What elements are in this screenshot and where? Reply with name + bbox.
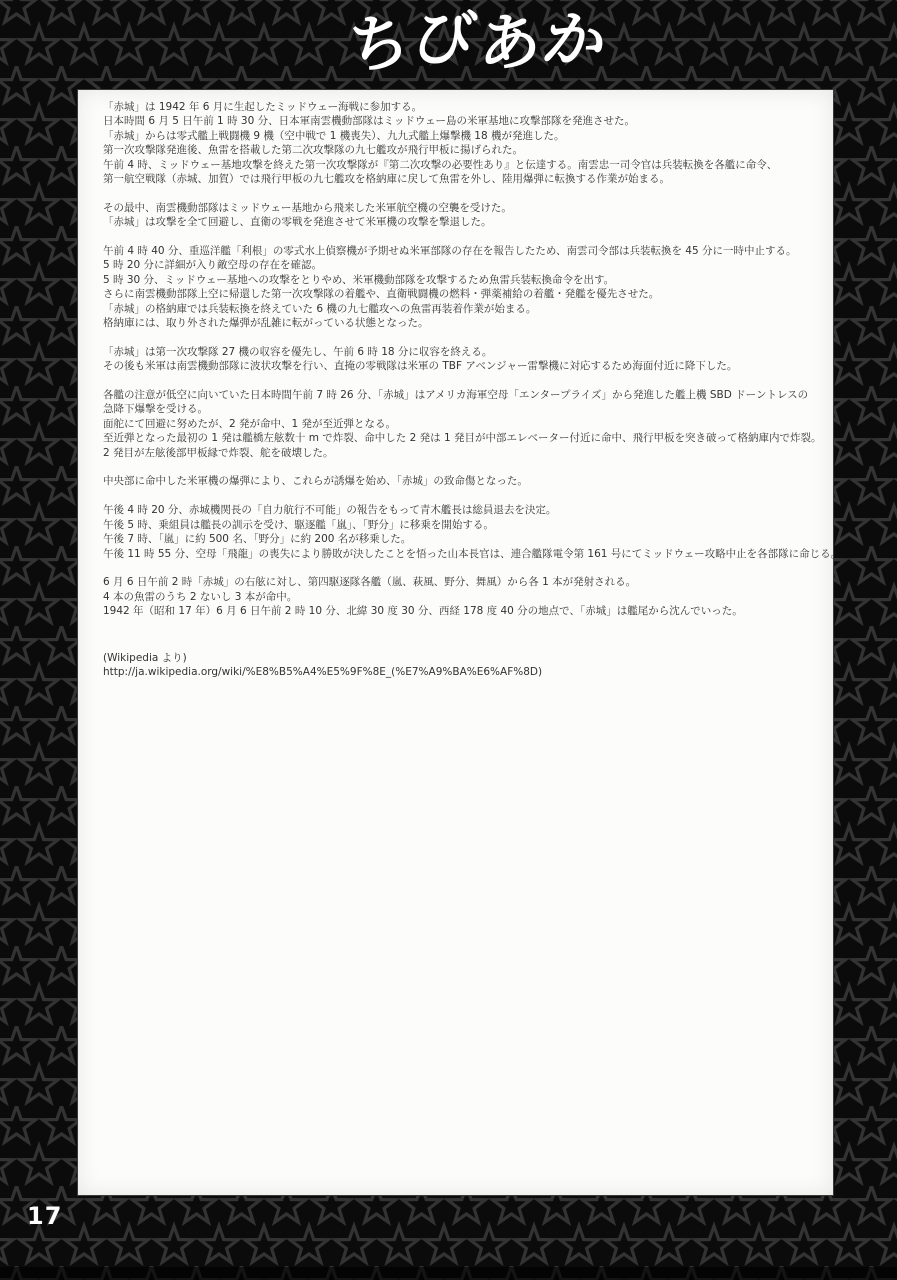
paragraph: その最中、南雲機動部隊はミッドウェー基地から飛来した米軍航空機の空襲を受けた。「… (103, 201, 827, 230)
text-line: 至近弾となった最初の 1 発は艦橋左舷数十 m で炸裂、命中した 2 発は 1 … (103, 431, 827, 445)
attribution-source: (Wikipedia より) (103, 651, 827, 665)
text-line: 午後 5 時、乗組員は艦長の訓示を受け、駆逐艦「嵐」、「野分」に移乗を開始する。 (103, 518, 827, 532)
text-line: 午後 4 時 20 分、赤城機関長の「自力航行不可能」の報告をもって青木艦長は総… (103, 503, 827, 517)
text-line: 2 発目が左舷後部甲板縁で炸裂、舵を破壊した。 (103, 446, 827, 460)
text-line: 5 時 20 分に詳細が入り敵空母の存在を確認。 (103, 258, 827, 272)
doujin-scan-page: { "title": "ちびあか", "page_number": "17", … (0, 0, 897, 1280)
title-char: び (407, 0, 485, 82)
page-number: 17 (27, 1202, 62, 1230)
paragraph: 午後 4 時 20 分、赤城機関長の「自力航行不可能」の報告をもって青木艦長は総… (103, 503, 827, 561)
title-char: ち (349, 0, 414, 90)
text-line: 午後 7 時、「嵐」に約 500 名、「野分」に約 200 名が移乗した。 (103, 532, 827, 546)
text-line: 各艦の注意が低空に向いていた日本時間午前 7 時 26 分、「赤城」はアメリカ海… (103, 388, 827, 402)
text-line: 午前 4 時、ミッドウェー基地攻撃を終えた第一次攻撃隊が『第二次攻撃の必要性あり… (103, 158, 827, 172)
paragraph: 午前 4 時 40 分、重巡洋艦「利根」の零式水上偵察機が予期せぬ米軍部隊の存在… (103, 244, 827, 330)
text-line: 「赤城」は 1942 年 6 月に生起したミッドウェー海戦に参加する。 (103, 100, 827, 114)
paragraph: 各艦の注意が低空に向いていた日本時間午前 7 時 26 分、「赤城」はアメリカ海… (103, 388, 827, 460)
text-line: 「赤城」は攻撃を全て回避し、直衛の零戦を発進させて米軍機の攻撃を撃退した。 (103, 215, 827, 229)
text-line: その後も米軍は南雲機動部隊に波状攻撃を行い、直掩の零戦隊は米軍の TBF アベン… (103, 359, 827, 373)
text-line: 第一次攻撃隊発進後、魚雷を搭載した第二次攻撃隊の九七艦攻が飛行甲板に揚げられた。 (103, 143, 827, 157)
text-line: 急降下爆撃を受ける。 (103, 402, 827, 416)
text-line: 面舵にて回避に努めたが、2 発が命中、1 発が至近弾となる。 (103, 417, 827, 431)
paragraphs-container: 「赤城」は 1942 年 6 月に生起したミッドウェー海戦に参加する。日本時間 … (103, 100, 827, 619)
text-line: 午後 11 時 55 分、空母「飛龍」の喪失により勝敗が決したことを悟った山本長… (103, 547, 827, 561)
paragraph: 6 月 6 日午前 2 時「赤城」の右舷に対し、第四駆逐隊各艦（嵐、萩風、野分、… (103, 575, 827, 618)
text-line: 第一航空戦隊（赤城、加賀）では飛行甲板の九七艦攻を格納庫に戻して魚雷を外し、陸用… (103, 172, 827, 186)
text-line: 「赤城」からは零式艦上戦闘機 9 機（空中戦で 1 機喪失）、九九式艦上爆撃機 … (103, 129, 827, 143)
text-line: 日本時間 6 月 5 日午前 1 時 30 分、日本軍南雲機動部隊はミッドウェー… (103, 114, 827, 128)
page-title: ちびあか (30, 0, 897, 84)
text-line: 5 時 30 分、ミッドウェー基地への攻撃をとりやめ、米軍機動部隊を攻撃するため… (103, 273, 827, 287)
attribution: (Wikipedia より) http://ja.wikipedia.org/w… (103, 651, 827, 680)
wikipedia-url: http://ja.wikipedia.org/wiki/%E8%B5%A4%E… (103, 665, 827, 679)
text-line: 1942 年（昭和 17 年）6 月 6 日午前 2 時 10 分、北緯 30 … (103, 604, 827, 618)
text-line: さらに南雲機動部隊上空に帰還した第一次攻撃隊の着艦や、直衛戦闘機の燃料・弾薬補給… (103, 287, 827, 301)
text-line: 中央部に命中した米軍機の爆弾により、これらが誘爆を始め、「赤城」の致命傷となった… (103, 474, 827, 488)
article-page: 「赤城」は 1942 年 6 月に生起したミッドウェー海戦に参加する。日本時間 … (78, 90, 833, 1195)
text-line: 6 月 6 日午前 2 時「赤城」の右舷に対し、第四駆逐隊各艦（嵐、萩風、野分、… (103, 575, 827, 589)
article-text: 「赤城」は 1942 年 6 月に生起したミッドウェー海戦に参加する。日本時間 … (103, 100, 827, 679)
text-line: 「赤城」は第一次攻撃隊 27 機の収容を優先し、午前 6 時 18 分に収容を終… (103, 345, 827, 359)
text-line: その最中、南雲機動部隊はミッドウェー基地から飛来した米軍航空機の空襲を受けた。 (103, 201, 827, 215)
text-line: 午前 4 時 40 分、重巡洋艦「利根」の零式水上偵察機が予期せぬ米軍部隊の存在… (103, 244, 827, 258)
title-char: か (535, 0, 617, 86)
paragraph: 「赤城」は第一次攻撃隊 27 機の収容を優先し、午前 6 時 18 分に収容を終… (103, 345, 827, 374)
title-char: あ (477, 0, 545, 87)
paragraph: 「赤城」は 1942 年 6 月に生起したミッドウェー海戦に参加する。日本時間 … (103, 100, 827, 186)
scan-bottom-edge (0, 1267, 897, 1280)
text-line: 4 本の魚雷のうち 2 ないし 3 本が命中。 (103, 590, 827, 604)
text-line: 格納庫には、取り外された爆弾が乱雑に転がっている状態となった。 (103, 316, 827, 330)
text-line: 「赤城」の格納庫では兵装転換を終えていた 6 機の九七艦攻への魚雷再装着作業が始… (103, 302, 827, 316)
paragraph: 中央部に命中した米軍機の爆弾により、これらが誘爆を始め、「赤城」の致命傷となった… (103, 474, 827, 488)
